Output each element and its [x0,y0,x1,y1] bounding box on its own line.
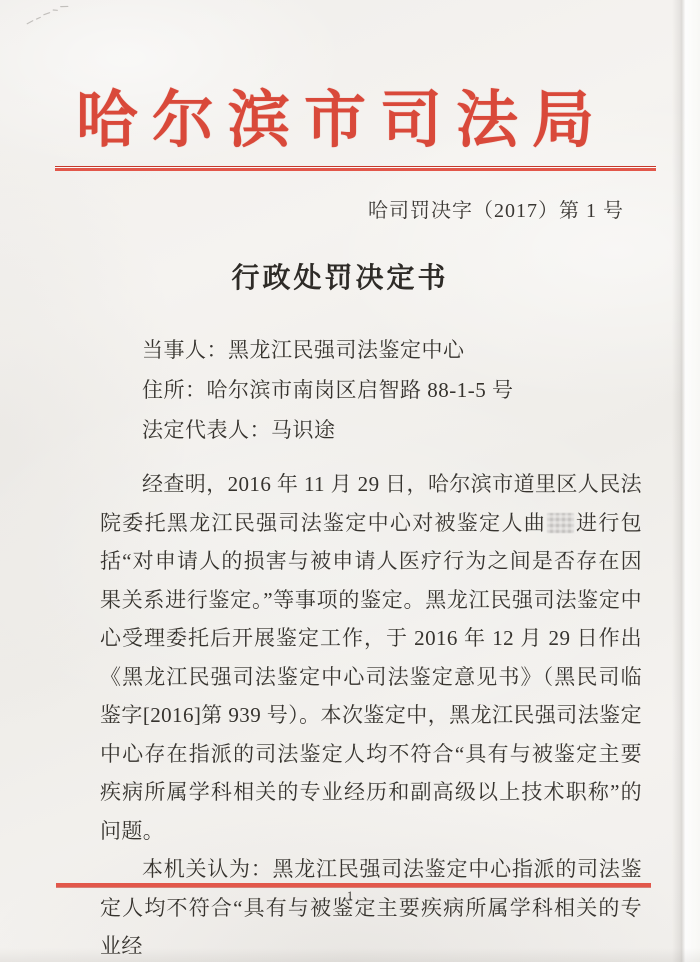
address-line: 住所：哈尔滨市南岗区启智路 88-1-5 号 [100,370,642,410]
agency-letterhead: 哈尔滨市司法局 [40,86,644,157]
redacted-name-blur [547,513,574,533]
paper-edge-shadow-bottom [0,948,700,962]
document-body: 当事人：黑龙江民强司法鉴定中心 住所：哈尔滨市南岗区启智路 88-1-5 号 法… [100,330,642,962]
findings-text-after: 进行包括“对申请人的损害与被申请人医疗行为之间是否存在因果关系进行鉴定。”等事项… [100,511,642,843]
document-number: 哈司罚决字（2017）第 1 号 [368,194,624,223]
paper-edge-shadow-right [672,0,700,962]
document-title: 行政处罚决定书 [0,256,680,296]
party-line: 当事人：黑龙江民强司法鉴定中心 [100,330,642,370]
red-rule-top [55,166,656,171]
findings-paragraph: 经查明，2016 年 11 月 29 日，哈尔滨市道里区人民法院委托黑龙江民强司… [100,465,642,850]
pencil-scribble-mark [23,2,73,28]
opinion-paragraph: 本机关认为：黑龙江民强司法鉴定中心指派的司法鉴定人均不符合“具有与被鉴定主要疾病… [100,850,642,962]
legal-representative-line: 法定代表人：马识途 [100,410,642,450]
scanned-document-page: 哈尔滨市司法局 哈司罚决字（2017）第 1 号 行政处罚决定书 当事人：黑龙江… [0,0,700,962]
page-number: 1 [0,888,700,904]
